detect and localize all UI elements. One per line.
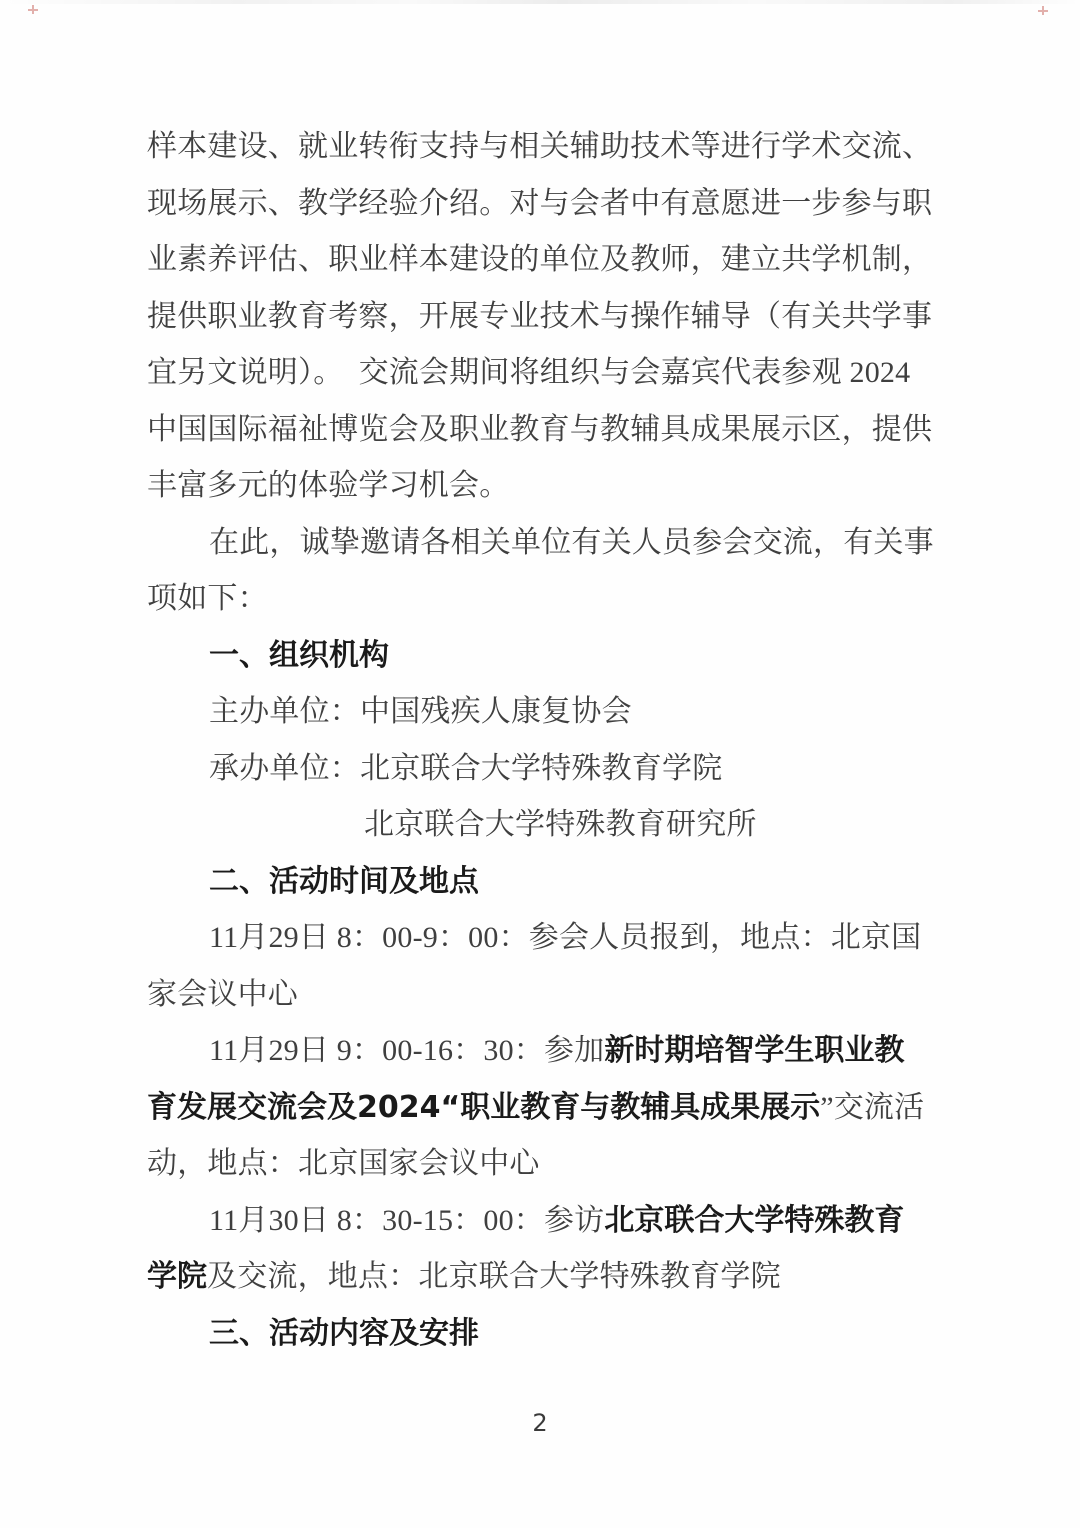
text-segment: 主办单位：中国残疾人康复协会 [209,695,632,728]
text-line: 主办单位：中国残疾人康复协会 [147,684,937,741]
text-line: 11月29日 8：00-9：00：参会人员报到，地点：北京国 [147,910,937,967]
text-segment-bold: 二、活动时间及地点 [209,864,479,899]
text-segment-bold: 一、组织机构 [209,638,389,673]
text-segment-bold: 学院 [147,1259,207,1294]
text-line: 动，地点：北京国家会议中心 [147,1136,937,1193]
text-segment-bold: 育发展交流会及2024“职业教育与教辅具成果展示 [147,1090,820,1125]
page-number: 2 [0,1403,1080,1443]
text-segment: 丰富多元的体验学习机会。 [147,469,509,502]
text-line: 11月29日 9：00-16：30：参加新时期培智学生职业教 [147,1023,937,1080]
text-line: 一、组织机构 [147,628,937,685]
text-segment: 11月29日 8：00-9：00：参会人员报到，地点：北京国 [209,921,921,954]
scan-edge-artifact [0,0,1080,4]
text-segment: 及交流，地点：北京联合大学特殊教育学院 [207,1260,781,1293]
text-segment: 在此，诚挚邀请各相关单位有关人员参会交流，有关事 [209,526,934,559]
text-line: 现场展示、教学经验介绍。对与会者中有意愿进一步参与职 [147,176,937,233]
text-line: 丰富多元的体验学习机会。 [147,458,937,515]
text-line: 育发展交流会及2024“职业教育与教辅具成果展示”交流活 [147,1080,937,1137]
text-segment: 北京联合大学特殊教育研究所 [364,808,757,841]
text-line: 承办单位：北京联合大学特殊教育学院 [147,741,937,798]
text-segment: 业素养评估、职业样本建设的单位及教师，建立共学机制， [147,243,932,276]
text-segment: 样本建设、就业转衔支持与相关辅助技术等进行学术交流、 [147,130,932,163]
text-line: 家会议中心 [147,967,937,1024]
text-segment: 家会议中心 [147,978,298,1011]
text-segment: 现场展示、教学经验介绍。对与会者中有意愿进一步参与职 [147,187,932,220]
text-segment: 项如下： [147,582,268,615]
text-segment-bold: 北京联合大学特殊教育 [604,1203,904,1238]
text-line: 学院及交流，地点：北京联合大学特殊教育学院 [147,1249,937,1306]
text-line: 样本建设、就业转衔支持与相关辅助技术等进行学术交流、 [147,119,937,176]
scan-mark-top-right [1038,5,1050,17]
text-line: 在此，诚挚邀请各相关单位有关人员参会交流，有关事 [147,515,937,572]
text-line: 提供职业教育考察，开展专业技术与操作辅导（有关共学事 [147,289,937,346]
text-segment: 宜另文说明）。 交流会期间将组织与会嘉宾代表参观 2024 [147,356,910,389]
text-segment: 11月30日 8：30-15：00：参访 [209,1204,604,1237]
text-segment: 提供职业教育考察，开展专业技术与操作辅导（有关共学事 [147,300,932,333]
text-segment-bold: 新时期培智学生职业教 [604,1033,904,1068]
text-segment: ”交流活 [820,1091,924,1124]
text-line: 二、活动时间及地点 [147,854,937,911]
text-line: 中国国际福祉博览会及职业教育与教辅具成果展示区，提供 [147,402,937,459]
text-segment: 动，地点：北京国家会议中心 [147,1147,540,1180]
text-segment: 承办单位：北京联合大学特殊教育学院 [209,752,722,785]
text-line: 11月30日 8：30-15：00：参访北京联合大学特殊教育 [147,1193,937,1250]
text-segment: 中国国际福祉博览会及职业教育与教辅具成果展示区，提供 [147,413,932,446]
text-line: 宜另文说明）。 交流会期间将组织与会嘉宾代表参观 2024 [147,345,937,402]
text-line: 北京联合大学特殊教育研究所 [147,797,937,854]
scan-mark-top-left [28,4,40,16]
text-line: 三、活动内容及安排 [147,1306,937,1363]
text-segment-bold: 三、活动内容及安排 [209,1316,479,1351]
text-line: 业素养评估、职业样本建设的单位及教师，建立共学机制， [147,232,937,289]
document-body: 样本建设、就业转衔支持与相关辅助技术等进行学术交流、现场展示、教学经验介绍。对与… [147,119,937,1362]
text-segment: 11月29日 9：00-16：30：参加 [209,1034,604,1067]
text-line: 项如下： [147,571,937,628]
